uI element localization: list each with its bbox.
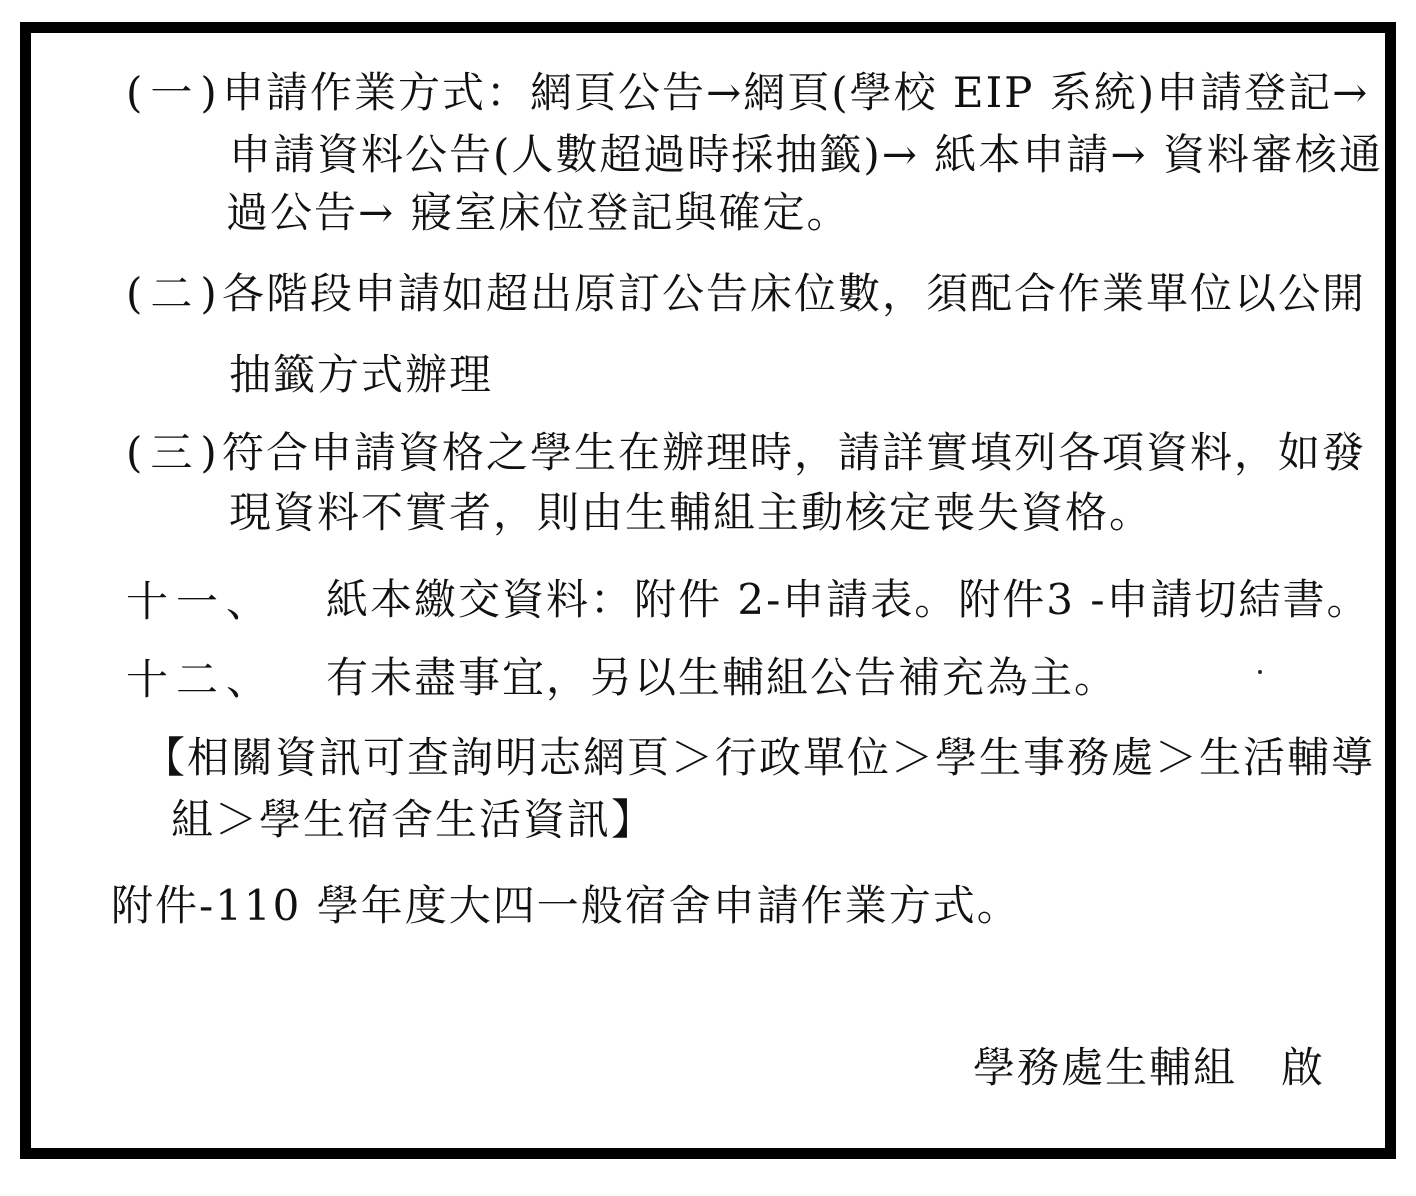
item-one-line2: 申請資料公告(人數超過時採抽籤)→ 紙本申請→ 資料審核通 bbox=[229, 131, 1383, 179]
attachment-line: 附件-110 學年度大四一般宿舍申請作業方式。 bbox=[111, 882, 1021, 930]
item-eleven-text: 紙本繳交資料：附件 2-申請表。附件3 -申請切結書。 bbox=[326, 576, 1371, 624]
scanned-document-page: (一) 申請作業方式：網頁公告→網頁(學校 EIP 系統)申請登記→ 申請資料公… bbox=[0, 0, 1416, 1196]
bracket-note-line2: 組＞學生宿舍生活資訊】 bbox=[171, 796, 655, 844]
ink-dot-artifact bbox=[1258, 670, 1262, 674]
signature-line: 學務處生輔組 啟 bbox=[973, 1044, 1325, 1092]
document-border-frame: (一) 申請作業方式：網頁公告→網頁(學校 EIP 系統)申請登記→ 申請資料公… bbox=[20, 22, 1396, 1159]
item-eleven-label: 十一、 bbox=[126, 578, 276, 626]
item-one-line3: 過公告→ 寢室床位登記與確定。 bbox=[226, 189, 851, 237]
item-two-label: (二) bbox=[126, 270, 225, 318]
item-twelve-text: 有未盡事宜，另以生輔組公告補充為主。 bbox=[326, 654, 1118, 702]
item-three-label: (三) bbox=[126, 429, 225, 477]
item-two-line1: 各階段申請如超出原訂公告床位數，須配合作業單位以公開 bbox=[222, 270, 1366, 318]
item-three-line1: 符合申請資格之學生在辦理時，請詳實填列各項資料，如發 bbox=[222, 429, 1366, 477]
item-three-line2: 現資料不實者，則由生輔組主動核定喪失資格。 bbox=[229, 489, 1153, 537]
bracket-note-line1: 【相關資訊可查詢明志網頁＞行政單位＞學生事務處＞生活輔導 bbox=[143, 734, 1375, 782]
item-twelve-label: 十二、 bbox=[126, 656, 276, 704]
item-one-line1: 申請作業方式：網頁公告→網頁(學校 EIP 系統)申請登記→ bbox=[222, 69, 1369, 117]
item-one-label: (一) bbox=[126, 69, 225, 117]
item-two-line2: 抽籤方式辦理 bbox=[229, 351, 493, 399]
